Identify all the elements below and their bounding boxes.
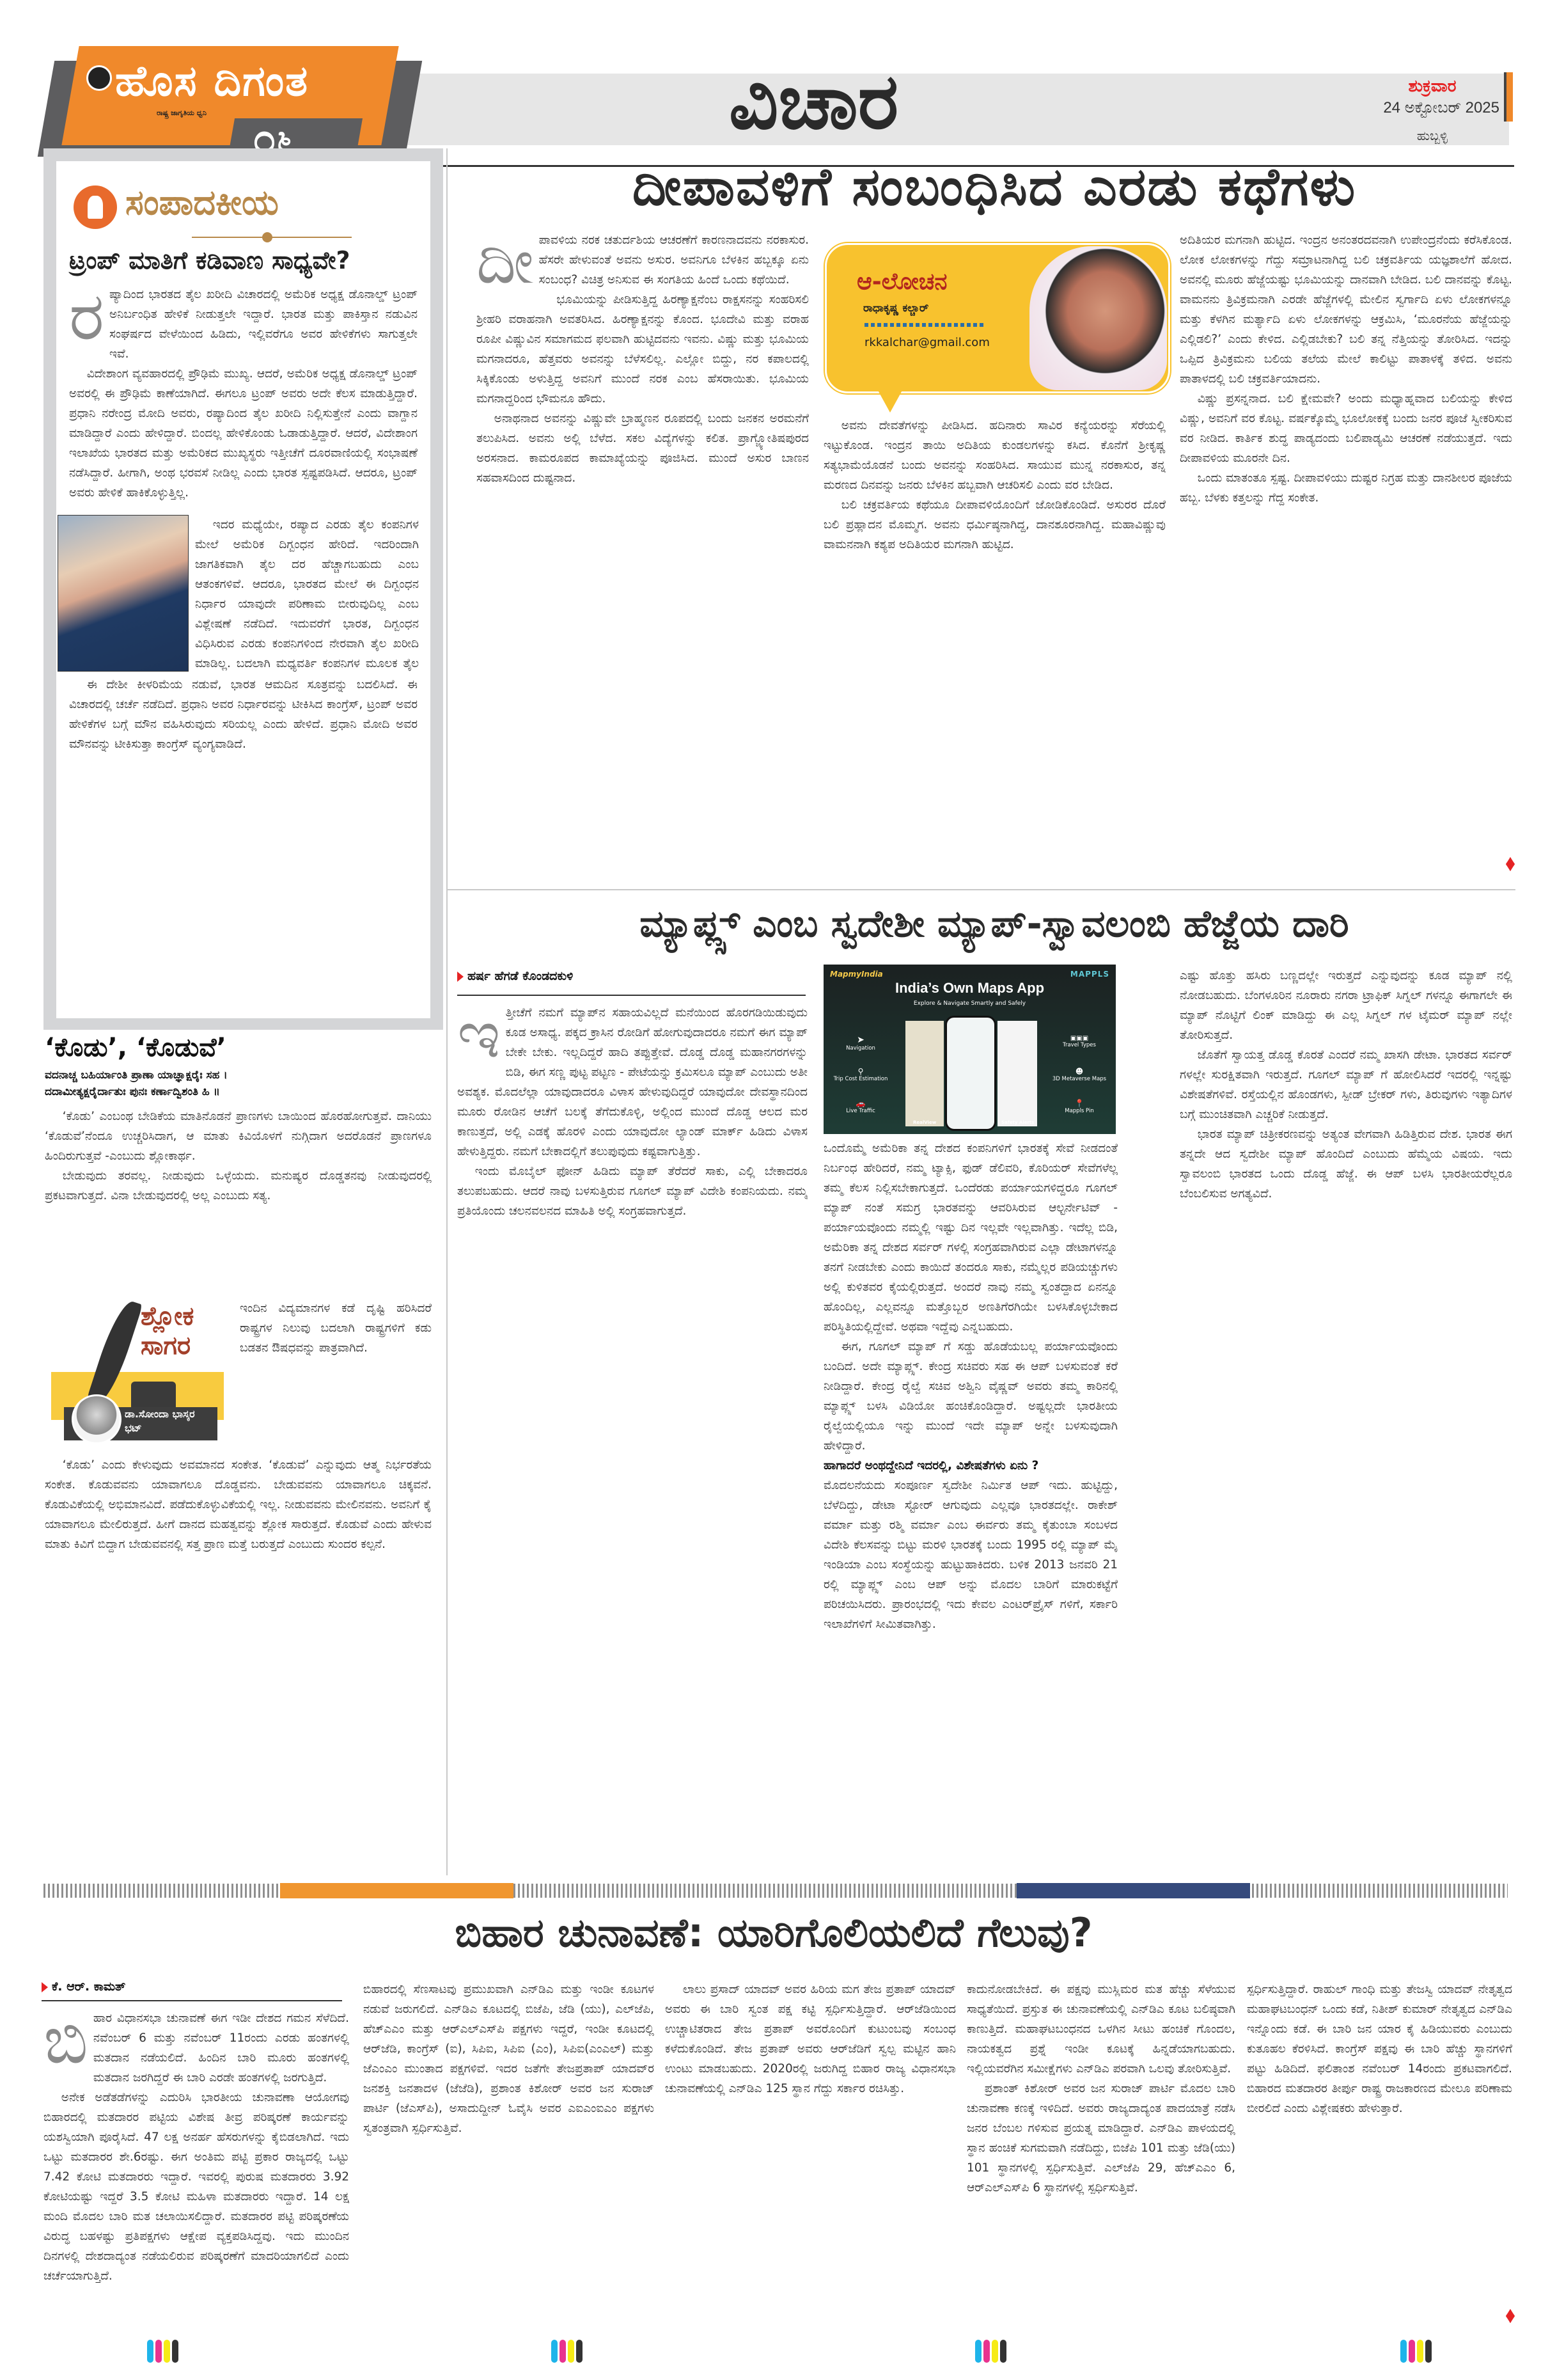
kodu-body-top: ‘ಕೊಡು’ ಎಂಬಂಥ ಬೇಡಿಕೆಯ ಮಾತಿನೊಡನೆ ಪ್ರಾಣಗಳು … xyxy=(45,1107,432,1292)
realview-screen: RealView xyxy=(905,1021,944,1126)
vehicle-icons: ▣▣▣ xyxy=(1047,1035,1111,1042)
traffic-icon: 🚗 xyxy=(829,1099,893,1108)
registration-mark xyxy=(551,2340,602,2365)
mappls-headline[interactable]: ಮ್ಯಾಪ್ಲ್ಸ್ ಎಂಬ ಸ್ವದೇಶೀ ಮ್ಯಾಪ್-ಸ್ವಾವಲಂಬಿ … xyxy=(454,902,1535,946)
bihar-para-5: ಲಾಲು ಪ್ರಸಾದ್ ಯಾದವ್ ಅವರ ಹಿರಿಯ ಮಗ ತೇಜ ಪ್ರತ… xyxy=(665,1980,956,2099)
bihar-col-4: ಕಾದುನೋಡಬೇಕಿದೆ. ಈ ಪಕ್ಷವು ಮುಸ್ಲಿಮರ ಮತ ಹೆಚ್… xyxy=(967,1980,1235,2335)
stripe-navy-block xyxy=(1017,1883,1250,1898)
navigation-arrow-icon: ➤ xyxy=(829,1035,893,1045)
kodu-body-bottom: ‘ಕೊಡು’ ಎಂದು ಕೇಳುವುದು ಅವಮಾನದ ಸಂಕೇತ. ‘ಕೊಡು… xyxy=(45,1455,432,1871)
feature-mappls-pin: 📍Mappls Pin xyxy=(1047,1099,1111,1114)
mappls-para-4: ಈಗ, ಗೂಗಲ್ ಮ್ಯಾಪ್ ಗೆ ಸಡ್ಡು ಹೊಡೆಯಬಲ್ಲ ಪರ್ಯ… xyxy=(824,1337,1118,1456)
sloka-sagara-title: ಶ್ಲೋಕ ಸಾಗರ xyxy=(141,1302,230,1360)
editorial-section-label: ಸಂಪಾದಕೀಯ xyxy=(125,182,279,223)
feature-navigation: ➤Navigation xyxy=(829,1035,893,1052)
deepavali-dropcap: ದೀ xyxy=(476,233,534,290)
bubble-tail xyxy=(876,387,904,413)
bihar-para-6: ಕಾದುನೋಡಬೇಕಿದೆ. ಈ ಪಕ್ಷವು ಮುಸ್ಲಿಮರ ಮತ ಹೆಚ್… xyxy=(967,1980,1235,2079)
section-title: ವಿಚಾರ xyxy=(729,58,898,147)
feature-trip-cost: ⚲Trip Cost Estimation xyxy=(829,1067,893,1082)
editorial-para-1: ಷ್ಯಾದಿಂದ ಭಾರತದ ತೈಲ ಖರೀದಿ ವಿಚಾರದಲ್ಲಿ ಅಮೆರ… xyxy=(69,285,418,364)
column-name: ಆ-ಲೋಚನ xyxy=(857,269,947,296)
route-icon: ⚲ xyxy=(829,1067,893,1076)
trump-photo xyxy=(58,515,189,672)
mapmyindia-logo: MapmyIndia xyxy=(830,970,883,979)
deepavali-col-2: ಅವನು ದೇವತೆಗಳನ್ನು ಪೀಡಿಸಿದ. ಹದಿನಾರು ಸಾವಿರ … xyxy=(824,416,1166,889)
logo-tagline: ರಾಷ್ಟ್ರ ಜಾಗೃತಿಯ ಧ್ವನಿ xyxy=(157,109,207,118)
editorial-emblem-icon xyxy=(74,185,117,229)
author-portrait xyxy=(72,1394,121,1444)
mappls-para-3: ಒಂದೊಮ್ಮೆ ಅಮೆರಿಕಾ ತನ್ನ ದೇಶದ ಕಂಪನಿಗಳಿಗೆ ಭಾ… xyxy=(824,1139,1118,1337)
editorial-para-3: ಇದರ ಮಧ್ಯೆಯೇ, ರಷ್ಯಾದ ಎರಡು ತೈಲ ಕಂಪನಿಗಳ ಮೇಲ… xyxy=(195,515,419,672)
sloka-author-name: ಡಾ.ಸೋಂದಾ ಭಾಸ್ಕರ ಭಟ್ xyxy=(125,1407,214,1435)
column-divider xyxy=(446,148,448,1875)
avatar-icon: ☻ xyxy=(1047,1067,1111,1076)
mappls-promo-image: MapmyIndia MAPPLS India’s Own Maps App E… xyxy=(824,965,1116,1134)
promo-subtitle: Explore & Navigate Smartly and Safely xyxy=(824,1000,1116,1007)
deepavali-col-3: ಅದಿತಿಯರ ಮಗನಾಗಿ ಹುಟ್ಟಿದ. ಇಂದ್ರನ ಅನಂತರದವನಾ… xyxy=(1180,230,1512,870)
deepavali-para-6: ಅದಿತಿಯರ ಮಗನಾಗಿ ಹುಟ್ಟಿದ. ಇಂದ್ರನ ಅನಂತರದವನಾ… xyxy=(1180,230,1512,389)
bihar-para-7: ಸ್ಪರ್ಧಿಸುತ್ತಿದ್ದಾರೆ. ರಾಹುಲ್ ಗಾಂಧಿ ಮತ್ತು … xyxy=(1247,1980,1512,2118)
deepavali-para-7: ವಿಷ್ಣು ಪ್ರಸನ್ನನಾದ. ಬಲಿ ಕ್ಷೇಮವೇ? ಅಂದು ಮಧ್… xyxy=(1180,389,1512,468)
mappls-col-1: ಇ ತ್ತೀಚೆಗೆ ನಮಗೆ ಮ್ಯಾಪ್‌ನ ಸಹಾಯವಿಲ್ಲದೆ ಮನೆ… xyxy=(457,1003,808,1873)
promo-title: India’s Own Maps App xyxy=(824,980,1116,997)
bihar-byline-rule xyxy=(42,2000,342,2001)
deepavali-para-5: ಬಲಿ ಚಕ್ರವರ್ತಿಯ ಕಥೆಯೂ ದೀಪಾವಳಿಯೊಂದಿಗೆ ಜೋಡಿ… xyxy=(824,495,1166,555)
mappls-para-5: ಮೊದಲನೆಯದು ಸಂಪೂರ್ಣ ಸ್ವದೇಶೀ ನಿರ್ಮಿತ ಆಪ್ ಇದ… xyxy=(824,1476,1118,1634)
mappls-logo: MAPPLS xyxy=(1070,970,1109,979)
bihar-col-5: ಸ್ಪರ್ಧಿಸುತ್ತಿದ್ದಾರೆ. ರಾಹುಲ್ ಗಾಂಧಿ ಮತ್ತು … xyxy=(1247,1980,1512,2335)
bihar-byline: ಕೆ. ಆರ್. ಕಾಮತ್ xyxy=(42,1980,125,1994)
mappls-para-1: ತ್ತೀಚೆಗೆ ನಮಗೆ ಮ್ಯಾಪ್‌ನ ಸಹಾಯವಿಲ್ಲದೆ ಮನೆಯಿ… xyxy=(457,1003,808,1162)
mappls-col-2: ಒಂದೊಮ್ಮೆ ಅಮೆರಿಕಾ ತನ್ನ ದೇಶದ ಕಂಪನಿಗಳಿಗೆ ಭಾ… xyxy=(824,1139,1118,1874)
masthead-accent xyxy=(1504,72,1513,122)
newspaper-logo[interactable]: ಹೊಸ ದಿಗಂತ xyxy=(115,56,309,107)
pin-icon: 📍 xyxy=(1047,1099,1111,1108)
bihar-para-1: ಹಾರ ವಿಧಾನಸಭಾ ಚುನಾವಣೆ ಈಗ ಇಡೀ ದೇಶದ ಗಮನ ಸೆಳ… xyxy=(43,2008,349,2088)
deepavali-para-8: ಒಂದು ಮಾತಂತೂ ಸ್ಪಷ್ಟ. ದೀಪಾವಳಿಯು ದುಷ್ಟರ ನಿಗ… xyxy=(1180,468,1512,508)
mappls-col-3: ಎಷ್ಟು ಹೊತ್ತು ಹಸಿರು ಬಣ್ಣದಲ್ಲೇ ಇರುತ್ತದೆ ಎನ… xyxy=(1180,966,1512,1874)
bihar-headline[interactable]: ಬಿಹಾರ ಚುನಾವಣೆ: ಯಾರಿಗೊಲಿಯಲಿದೆ ಗೆಲುವು? xyxy=(38,1909,1509,1957)
registration-mark xyxy=(1400,2340,1451,2365)
kodu-para-1: ‘ಕೊಡು’ ಎಂಬಂಥ ಬೇಡಿಕೆಯ ಮಾತಿನೊಡನೆ ಪ್ರಾಣಗಳು … xyxy=(45,1107,432,1166)
registration-mark xyxy=(975,2340,1026,2365)
columnist-photo xyxy=(1029,246,1167,390)
stripe-orange-block xyxy=(280,1883,513,1898)
logo-emblem-icon xyxy=(86,65,112,91)
editorial-title[interactable]: ಟ್ರಂಪ್ ಮಾತಿಗೆ ಕಡಿವಾಣ ಸಾಧ್ಯವೇ? xyxy=(69,246,350,275)
sanskrit-verse: ವದನಾಚ್ಚ ಬಹಿರ್ಯಾಂತಿ ಪ್ರಾಣಾ ಯಾಚ್ಞಾಕ್ಷರೈಃ ಸ… xyxy=(45,1067,428,1100)
kodu-title[interactable]: ‘ಕೊಡು’, ‘ಕೊಡುವೆ’ xyxy=(45,1033,226,1062)
mappls-para-8: ಭಾರತ ಮ್ಯಾಪ್ ಚಿತ್ರೀಕರಣವನ್ನು ಅತ್ಯಂತ ವೇಗವಾಗ… xyxy=(1180,1124,1512,1204)
editorial-dropcap: ರ xyxy=(69,287,104,345)
bihar-col-3: ಲಾಲು ಪ್ರಸಾದ್ ಯಾದವ್ ಅವರ ಹಿರಿಯ ಮಗ ತೇಜ ಪ್ರತ… xyxy=(665,1980,956,2335)
registration-mark xyxy=(147,2340,198,2365)
columnist-name: ರಾಧಾಕೃಷ್ಣ ಕಲ್ಚಾರ್ xyxy=(863,302,928,315)
kodu-para-3: ಇಂದಿನ ವಿದ್ಯಮಾನಗಳ ಕಡೆ ದೃಷ್ಟಿ ಹರಿಸಿದರೆ ರಾಷ… xyxy=(240,1298,432,1358)
feature-travel-types: ▣▣▣Travel Types xyxy=(1047,1035,1111,1048)
kodu-para-2: ಬೇಡುವುದು ತರವಲ್ಲ. ನೀಡುವುದು ಒಳ್ಳೆಯದು. ಮನುಷ… xyxy=(45,1166,432,1206)
safety-alerts-screen: Safety Alerts xyxy=(997,1021,1037,1126)
phone-mockup xyxy=(945,1016,996,1131)
edition-city: ಹುಬ್ಬಳ್ಳಿ xyxy=(1375,128,1490,143)
feature-3d-maps: ☻3D Metaverse Maps xyxy=(1047,1067,1111,1082)
mappls-byline: ಹರ್ಷ ಹೆಗಡೆ ಕೊಂಡದಕುಳಿ xyxy=(457,969,573,983)
deepavali-para-2: ಭೂಮಿಯನ್ನು ಪೀಡಿಸುತ್ತಿದ್ದ ಹಿರಣ್ಯಾಕ್ಷನೆಂಬ ರ… xyxy=(476,290,809,409)
mappls-para-7: ಜೊತೆಗೆ ಸ್ವಾಯತ್ತ ಡೊಡ್ಡ ಕೊರತೆ ಎಂದರೆ ನಮ್ಮ ಖ… xyxy=(1180,1045,1512,1124)
bihar-para-2: ಅನೇಕ ಅಡೆತಡೆಗಳನ್ನು ಎದುರಿಸಿ ಭಾರತೀಯ ಚುನಾವಣಾ… xyxy=(43,2088,349,2286)
deepavali-para-4: ಅವನು ದೇವತೆಗಳನ್ನು ಪೀಡಿಸಿದ. ಹದಿನಾರು ಸಾವಿರ … xyxy=(824,416,1166,495)
issue-day: ಶುಕ್ರವಾರ xyxy=(1375,77,1490,97)
ornament-dot-icon xyxy=(262,232,272,242)
issue-date: 24 ಅಕ್ಟೋಬರ್ 2025 xyxy=(1327,99,1499,117)
dotted-divider xyxy=(864,323,986,327)
deepavali-para-3: ಅನಾಥನಾದ ಅವನನ್ನು ವಿಷ್ಣುವೇ ಬ್ರಾಹ್ಮಣನ ರೂಪದಲ… xyxy=(476,409,809,488)
bihar-para-4: ಪ್ರಶಾಂತ್ ಕಿಶೋರ್ ಅವರ ಜನ ಸುರಾಜ್ ಪಾರ್ಟಿ ಮೊದ… xyxy=(967,2079,1235,2198)
kodu-body-wrap: ಇಂದಿನ ವಿದ್ಯಮಾನಗಳ ಕಡೆ ದೃಷ್ಟಿ ಹರಿಸಿದರೆ ರಾಷ… xyxy=(240,1298,432,1452)
editorial-para-2: ವಿದೇಶಾಂಗ ವ್ಯವಹಾರದಲ್ಲಿ ಪ್ರೌಢಿಮೆ ಮುಖ್ಯ. ಆದ… xyxy=(69,364,418,503)
mappls-para-2: ಇಂದು ಮೊಬೈಲ್ ಫೋನ್ ಹಿಡಿದು ಮ್ಯಾಪ್ ತೆರೆದರೆ ಸ… xyxy=(457,1162,808,1221)
article-separator xyxy=(448,889,1515,890)
editorial-body-wrap: ಇದರ ಮಧ್ಯೆಯೇ, ರಷ್ಯಾದ ಎರಡು ತೈಲ ಕಂಪನಿಗಳ ಮೇಲ… xyxy=(195,515,419,672)
bihar-col-1: ಬಿ ಹಾರ ವಿಧಾನಸಭಾ ಚುನಾವಣೆ ಈಗ ಇಡೀ ದೇಶದ ಗಮನ … xyxy=(43,2008,349,2335)
verse-line-2: ದದಾಮೀತ್ಯಕ್ಷರೈರ್ದಾತುಃ ಪುನಃ ಕರ್ಣಾದ್ವಿಶಂತಿ … xyxy=(45,1084,428,1100)
deepavali-col-1: ದೀ ಪಾವಳಿಯ ನರಕ ಚತುರ್ದಶಿಯ ಆಚರಣೆಗೆ ಕಾರಣನಾದವ… xyxy=(476,230,809,889)
editorial-para-4: ಈ ದೇಶೀ ಕೀಳರಿಮೆಯ ನಡುವೆ, ಭಾರತ ಆಮದಿನ ಸೂತ್ರವ… xyxy=(69,675,418,754)
byline-rule xyxy=(457,995,806,996)
bihar-dropcap: ಬಿ xyxy=(43,2011,88,2069)
bihar-para-3: ಬಿಹಾರದಲ್ಲಿ ಸೆಣಸಾಟವು ಪ್ರಮುಖವಾಗಿ ಎನ್‌ಡಿಎ ಮ… xyxy=(363,1980,654,2138)
feature-live-traffic: 🚗Live Traffic xyxy=(829,1099,893,1114)
verse-line-1: ವದನಾಚ್ಚ ಬಹಿರ್ಯಾಂತಿ ಪ್ರಾಣಾ ಯಾಚ್ಞಾಕ್ಷರೈಃ ಸ… xyxy=(45,1067,428,1084)
editorial-body-top: ರ ಷ್ಯಾದಿಂದ ಭಾರತದ ತೈಲ ಖರೀದಿ ವಿಚಾರದಲ್ಲಿ ಅಮ… xyxy=(69,285,418,503)
mappls-para-6: ಎಷ್ಟು ಹೊತ್ತು ಹಸಿರು ಬಣ್ಣದಲ್ಲೇ ಇರುತ್ತದೆ ಎನ… xyxy=(1180,966,1512,1045)
columnist-email[interactable]: rkkalchar@gmail.com xyxy=(864,336,990,349)
editorial-body-bottom: ಈ ದೇಶೀ ಕೀಳರಿಮೆಯ ನಡುವೆ, ಭಾರತ ಆಮದಿನ ಸೂತ್ರವ… xyxy=(69,675,418,1007)
bihar-col-2: ಬಿಹಾರದಲ್ಲಿ ಸೆಣಸಾಟವು ಪ್ರಮುಖವಾಗಿ ಎನ್‌ಡಿಎ ಮ… xyxy=(363,1980,654,2335)
section-stripe xyxy=(43,1884,1508,1898)
mappls-dropcap: ಇ xyxy=(457,1005,501,1063)
mappls-subhead: ಹಾಗಾದರೆ ಅಂಥದ್ದೇನಿದೆ ಇದರಲ್ಲಿ, ವಿಶೇಷತೆಗಳು … xyxy=(824,1456,1118,1476)
kodu-para-4: ‘ಕೊಡು’ ಎಂದು ಕೇಳುವುದು ಅವಮಾನದ ಸಂಕೇತ. ‘ಕೊಡು… xyxy=(45,1455,432,1554)
deepavali-headline[interactable]: ದೀಪಾವಳಿಗೆ ಸಂಬಂಧಿಸಿದ ಎರಡು ಕಥೆಗಳು xyxy=(454,157,1535,218)
